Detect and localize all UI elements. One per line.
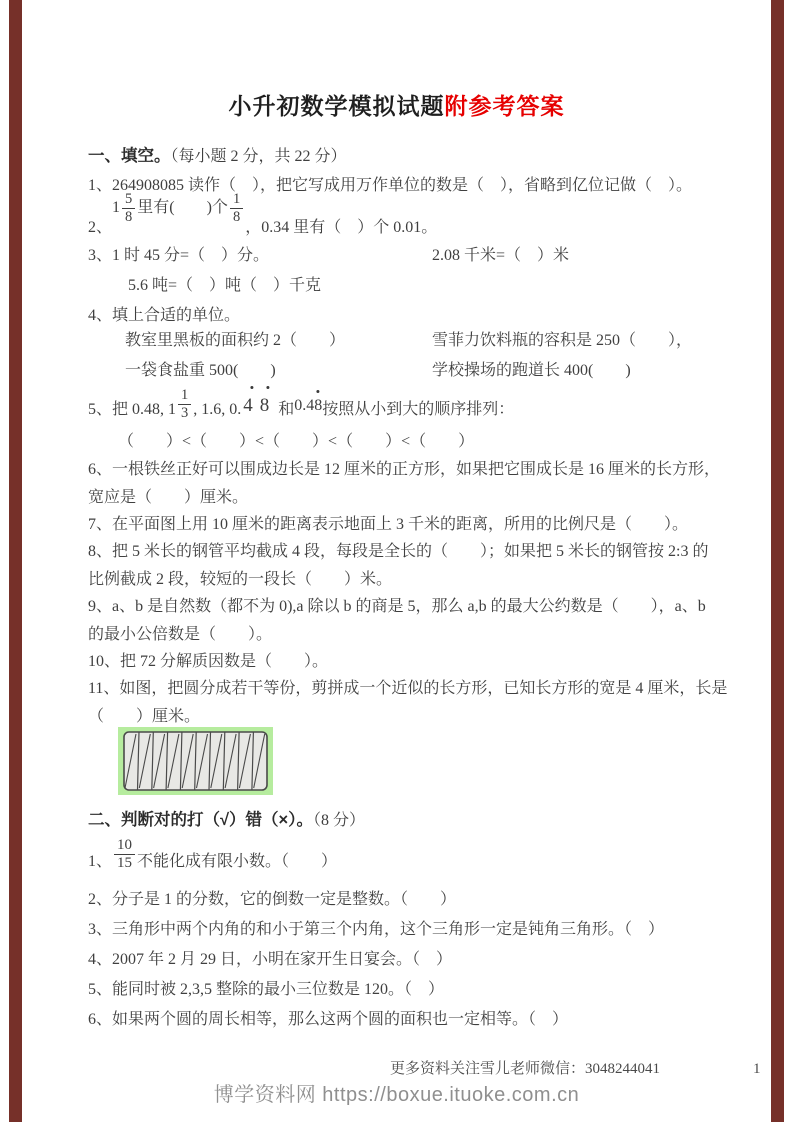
repeating-decimal-048: 0.48 (294, 396, 322, 416)
question-5-mid2: 和 (278, 400, 294, 420)
question-3-left: 3、1 时 45 分=（ ）分。 (88, 246, 432, 266)
footer-promo: 更多资料关注雪儿老师微信：3048244041 (390, 1060, 660, 1079)
question-2-label: 2、 (88, 218, 112, 238)
repeating-decimal-48: 48 (243, 394, 276, 418)
question-5: 5、 把 0.48, 1 13 , 1.6, 0. 48 和 0.48 按照从小… (88, 388, 514, 420)
question-2: 2、 1 58 里有( )个 18 ，0.34 里有（ ）个 0.01。 (88, 198, 437, 238)
question-9-line2: 的最小公倍数是（ ）。 (88, 625, 272, 645)
fraction-5-8: 58 (122, 192, 135, 225)
fraction-1-3: 13 (178, 388, 191, 421)
section2-heading: 二、判断对的打（√）错（×）。（8 分） (88, 810, 365, 831)
circle-sectors-figure (118, 727, 273, 800)
question-2-fraction-part: 1 58 里有( )个 18 (112, 192, 245, 225)
question-5-post: 按照从小到大的顺序排列： (322, 400, 514, 420)
question-4-row2: 一袋食盐重 500( )学校操场的跑道长 400( ) (125, 361, 631, 381)
section1-heading-bold: 一、填空。 (88, 147, 171, 165)
question-8-line1: 8、把 5 米长的钢管平均截成 4 段，每段是全长的（ ）；如果把 5 米长的钢… (88, 542, 708, 562)
question-2-mid: 里有( )个 (137, 198, 228, 218)
question-3-right: 2.08 千米=（ ）米 (432, 247, 569, 264)
question-11-line2: （ ）厘米。 (88, 707, 200, 727)
question-4-row1-left: 教室里黑板的面积约 2（ ） (125, 331, 432, 351)
section2-heading-points: （8 分） (313, 812, 365, 829)
question-8-line2: 比例截成 2 段，较短的一段长（ ）米。 (88, 570, 392, 590)
page-title-black: 小升初数学模拟试题 (229, 93, 445, 119)
page-title-red: 附参考答案 (445, 93, 565, 119)
question-4-row1: 教室里黑板的面积约 2（ ）雪菲力饮料瓶的容积是 250（ ）， (125, 331, 692, 351)
section2-heading-bold: 二、判断对的打（√）错（×）。 (88, 811, 313, 829)
judge-question-2: 2、分子是 1 的分数，它的倒数一定是整数。（ ） (88, 890, 456, 910)
question-2-post: ，0.34 里有（ ）个 0.01。 (245, 218, 437, 238)
question-9-line1: 9、a、b 是自然数（都不为 0),a 除以 b 的商是 5，那么 a,b 的最… (88, 597, 706, 617)
question-5-answer-blanks: （ ）<（ ）<（ ）<（ ）<（ ） (118, 432, 474, 452)
judge-question-1-text: 不能化成有限小数。（ ） (137, 852, 337, 872)
question-5-label: 5、 (88, 400, 112, 420)
question-5-mid1: , 1.6, 0. (193, 400, 241, 420)
question-4-row2-right: 学校操场的跑道长 400( ) (432, 362, 631, 379)
left-border-bar (9, 0, 22, 1122)
judge-question-5: 5、能同时被 2,3,5 整除的最小三位数是 120。（ ） (88, 980, 444, 1000)
judge-question-1-label: 1、 (88, 852, 112, 872)
question-10: 10、把 72 分解质因数是（ ）。 (88, 652, 328, 672)
question-6-line1: 6、一根铁丝正好可以围成边长是 12 厘米的正方形，如果把它围成长是 16 厘米… (88, 460, 720, 480)
question-3-sub: 5.6 吨=（ ）吨（ ）千克 (128, 276, 321, 296)
question-11-line1: 11、如图，把圆分成若干等份，剪拼成一个近似的长方形，已知长方形的宽是 4 厘米… (88, 679, 727, 699)
page-number: 1 (753, 1060, 761, 1079)
footer-site-link: 博学资料网 https://boxue.ituoke.com.cn (0, 1083, 793, 1108)
question-6-line2: 宽应是（ ）厘米。 (88, 488, 248, 508)
question-2-pre: 1 (112, 198, 120, 218)
question-4: 4、填上合适的单位。 (88, 306, 240, 326)
right-border-bar (771, 0, 784, 1122)
fraction-10-15: 1015 (114, 838, 135, 873)
section1-heading: 一、填空。（每小题 2 分，共 22 分） (88, 146, 347, 167)
question-3: 3、1 时 45 分=（ ）分。2.08 千米=（ ）米 (88, 246, 569, 266)
fraction-1-8: 18 (230, 192, 243, 225)
question-5-pre: 把 0.48, 1 (112, 400, 176, 420)
question-7: 7、在平面图上用 10 厘米的距离表示地面上 3 千米的距离，所用的比例尺是（ … (88, 515, 688, 535)
judge-question-1: 1、 1015 不能化成有限小数。（ ） (88, 838, 337, 872)
judge-question-3: 3、三角形中两个内角的和小于第三个内角，这个三角形一定是钝角三角形。（ ） (88, 920, 664, 940)
judge-question-4: 4、2007 年 2 月 29 日，小明在家开生日宴会。（ ） (88, 950, 452, 970)
section1-heading-points: （每小题 2 分，共 22 分） (171, 148, 347, 165)
judge-question-6: 6、如果两个圆的周长相等，那么这两个圆的面积也一定相等。（ ） (88, 1010, 568, 1030)
page-title: 小升初数学模拟试题附参考答案 (0, 92, 793, 121)
question-4-row2-left: 一袋食盐重 500( ) (125, 361, 432, 381)
circle-sectors-svg (118, 727, 273, 795)
question-4-row1-right: 雪菲力饮料瓶的容积是 250（ ）， (432, 332, 692, 349)
